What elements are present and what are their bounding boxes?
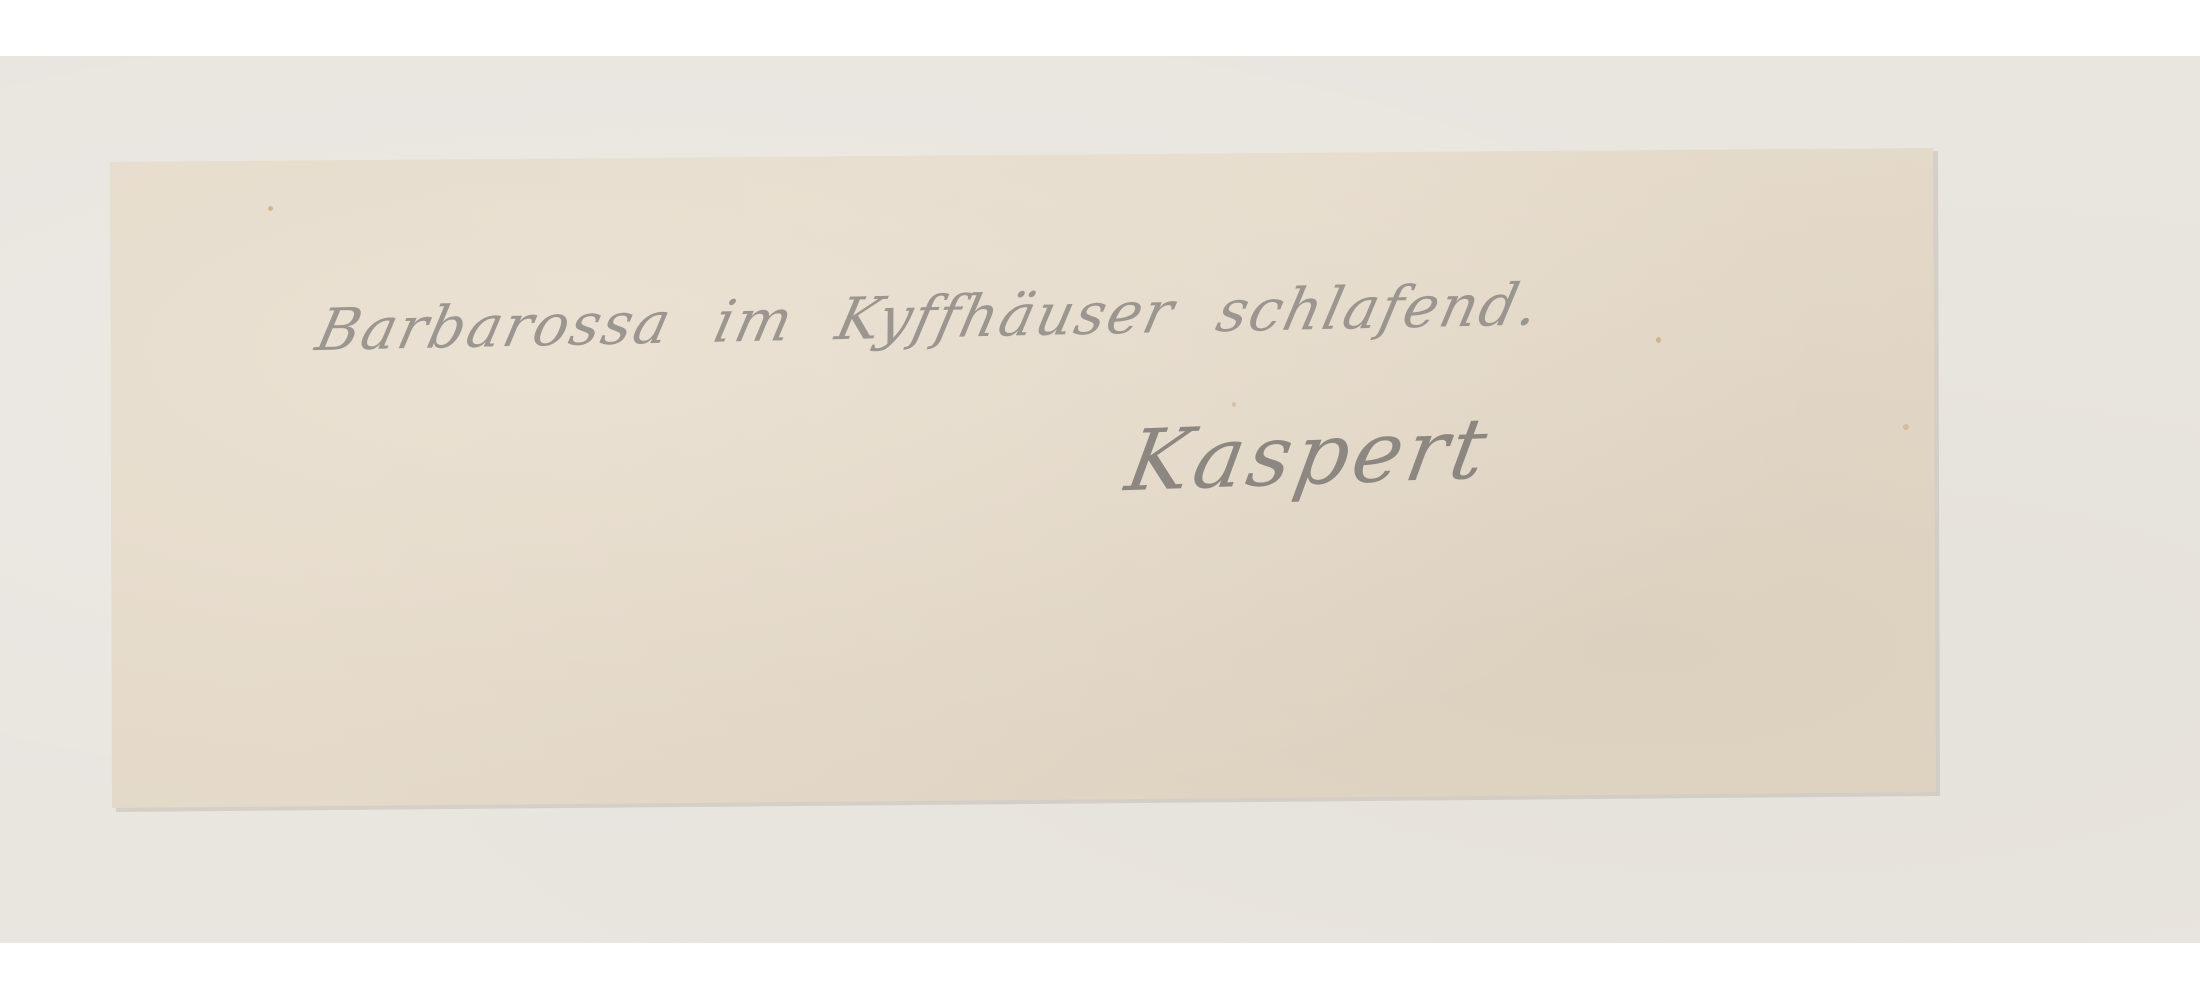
foxing-spot <box>1656 337 1661 343</box>
photo-stage: Barbarossa im Kyffhäuser schlafend. Kasp… <box>0 0 2200 1000</box>
foxing-spot <box>1232 402 1236 407</box>
foxing-spot <box>1903 424 1909 430</box>
signature: Kaspert <box>1119 399 1498 510</box>
foxing-spot <box>268 206 273 211</box>
